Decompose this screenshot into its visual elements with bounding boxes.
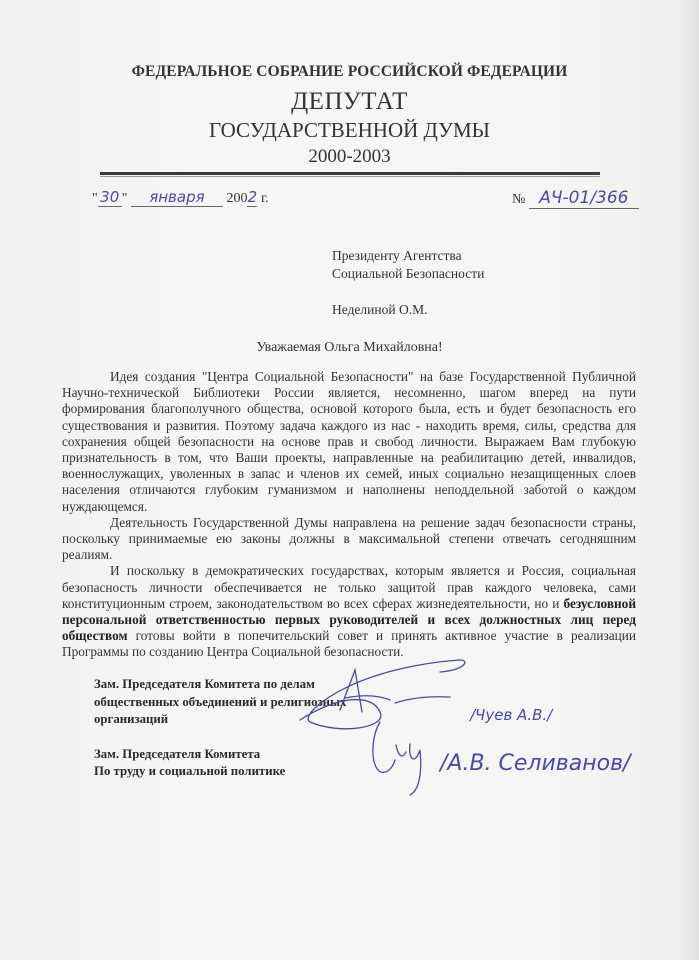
signature-2-name: /А.В. Селиванов/ (438, 751, 633, 776)
signature-2-icon (373, 722, 421, 795)
letter-page: ФЕДЕРАЛЬНОЕ СОБРАНИЕ РОССИЙСКОЙ ФЕДЕРАЦИ… (0, 0, 699, 960)
handwritten-signatures: /Чуев А.В./ /А.В. Селиванов/ (0, 0, 699, 960)
signature-1-name: /Чуев А.В./ (468, 706, 554, 724)
signature-1-loop-icon (300, 660, 465, 729)
